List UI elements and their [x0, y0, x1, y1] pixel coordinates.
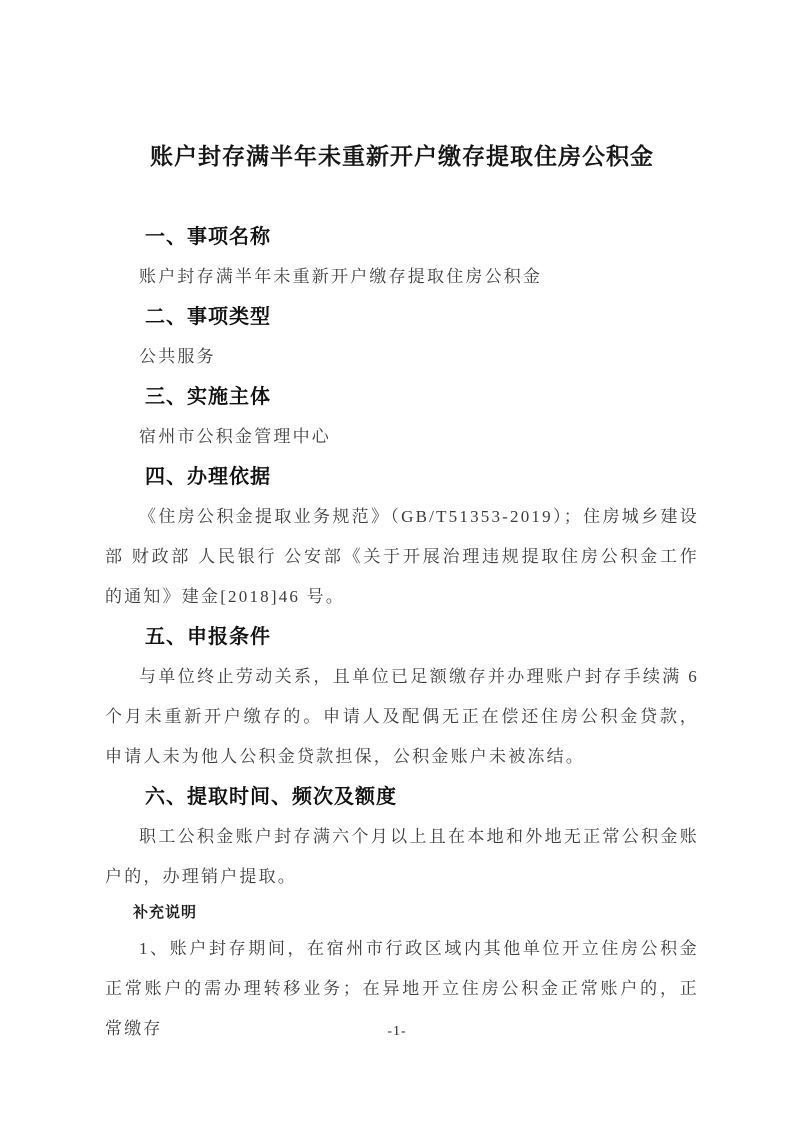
section-heading-item-name: 一、事项名称 [105, 217, 699, 257]
section-item-type: 二、事项类型 公共服务 [105, 297, 699, 377]
section-body-item-name: 账户封存满半年未重新开户缴存提取住房公积金 [105, 257, 699, 297]
section-heading-implementing-body: 三、实施主体 [105, 377, 699, 417]
document-title: 账户封存满半年未重新开户缴存提取住房公积金 [105, 140, 699, 172]
section-body-item-type: 公共服务 [105, 337, 699, 377]
section-body-legal-basis: 《住房公积金提取业务规范》（GB/T51353-2019）；住房城乡建设部 财政… [105, 497, 699, 617]
section-application-conditions: 五、申报条件 与单位终止劳动关系，且单位已足额缴存并办理账户封存手续满 6 个月… [105, 617, 699, 777]
section-body-withdrawal-terms: 职工公积金账户封存满六个月以上且在本地和外地无正常公积金账户的，办理销户提取。 [105, 817, 699, 897]
section-heading-legal-basis: 四、办理依据 [105, 457, 699, 497]
section-item-name: 一、事项名称 账户封存满半年未重新开户缴存提取住房公积金 [105, 217, 699, 297]
section-implementing-body: 三、实施主体 宿州市公积金管理中心 [105, 377, 699, 457]
section-legal-basis: 四、办理依据 《住房公积金提取业务规范》（GB/T51353-2019）；住房城… [105, 457, 699, 617]
section-heading-withdrawal-terms: 六、提取时间、频次及额度 [105, 777, 699, 817]
supplement-heading: 补充说明 [105, 897, 699, 929]
document-page: 账户封存满半年未重新开户缴存提取住房公积金 一、事项名称 账户封存满半年未重新开… [0, 0, 794, 1122]
section-withdrawal-terms: 六、提取时间、频次及额度 职工公积金账户封存满六个月以上且在本地和外地无正常公积… [105, 777, 699, 1049]
page-number: -1- [0, 1024, 794, 1040]
section-body-application-conditions: 与单位终止劳动关系，且单位已足额缴存并办理账户封存手续满 6 个月未重新开户缴存… [105, 657, 699, 777]
section-body-implementing-body: 宿州市公积金管理中心 [105, 417, 699, 457]
section-heading-item-type: 二、事项类型 [105, 297, 699, 337]
section-heading-application-conditions: 五、申报条件 [105, 617, 699, 657]
